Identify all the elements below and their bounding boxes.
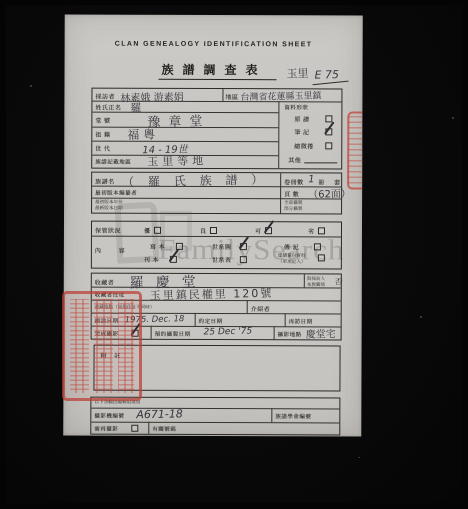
content-option-label: 世系表 (212, 255, 232, 264)
address-value: 玉里鎮民權里 120號 (150, 285, 274, 304)
full-film-label: 全部攝製 (284, 200, 302, 206)
revisit-label: 再訪日期 (289, 317, 313, 325)
relation-label: 本族關係 (307, 282, 325, 288)
compiler-label: 最初版本編纂者 (95, 189, 137, 197)
volumes-value: 1 (308, 174, 315, 185)
hall-label: 堂 號 (95, 116, 110, 125)
relation-label: 與採訪人 (307, 276, 325, 282)
content-option-label: 世系圖 (212, 242, 232, 251)
refilm-checkbox (131, 425, 138, 432)
surname-value: 羅 (130, 100, 141, 116)
material-other-line (304, 162, 337, 163)
red-seal-left (62, 291, 142, 401)
related-number-label: 有關號碼 (152, 425, 176, 433)
genealogy-title-value: （ 羅 氏 族 譜 ） (122, 170, 268, 190)
coverage-label: 族譜記載地區 (95, 158, 131, 166)
first-edition-label: 最初版本年份 (95, 200, 123, 206)
material-option-label: 筆 記 (294, 127, 309, 136)
schedule-label: 預約攝製日期 (155, 330, 191, 338)
keep-option-checkbox (154, 227, 161, 234)
condition-table: 保管狀況 優 良 可 劣 內 容 寫 本 刊 本 世系圖 世系表 傳 記 連續輩… (91, 221, 342, 270)
coverage-value: 玉里等地 (147, 152, 207, 169)
content-option-label: 刊 本 (144, 255, 159, 264)
content-option-note: （單項記入） (278, 259, 306, 265)
film-speck (420, 316, 422, 318)
content-option-checkbox (170, 256, 177, 263)
schedule-value: 25 Dec '75 (204, 327, 253, 338)
keep-label: 保管狀況 (95, 226, 121, 235)
relation-value: 否 (335, 276, 343, 287)
hall-value: 豫章堂 (147, 110, 210, 130)
film-background: FamilySearch CLAN GENEALOGY IDENTIFICATI… (6, 5, 462, 503)
office-use-table: 以下各欄由編輯組填寫 攝影機編號 A671-18 族譜學會編號 需再攝影 有關號… (90, 397, 340, 436)
pages-value: （62面） (308, 185, 351, 201)
keep-option-label: 良 (200, 226, 207, 235)
camera-number-label: 攝影機編號 (94, 412, 124, 420)
title-underline (159, 79, 277, 80)
introducer-label: 介紹者 (251, 304, 271, 313)
photo-place-value: 慶堂宅 (305, 325, 335, 341)
microfilm-scan: { "colors": { "background": "#040404", "… (0, 0, 468, 509)
keep-option-label: 劣 (308, 226, 315, 235)
film-speck (30, 85, 32, 87)
area-label: 地區 (225, 92, 238, 101)
generations-label: 世 代 (95, 144, 110, 153)
origin-label: 祖 籍 (95, 130, 110, 139)
interviewer-label: 採訪者 (95, 92, 115, 101)
content-option-label: 傳 記 (284, 242, 299, 251)
content-option-checkbox (240, 243, 247, 250)
photo-place-label: 攝影地點 (278, 330, 302, 338)
pages-label: 頁 數 (284, 189, 299, 198)
film-speck (358, 457, 360, 458)
content-option-label: 寫 本 (150, 242, 165, 251)
material-option-checkbox (325, 142, 332, 149)
annotation-place: 玉里 (286, 65, 308, 81)
keep-option-checkbox (265, 227, 272, 234)
genealogy-info-table: 族譜名 （ 羅 氏 族 譜 ） 卷冊數 1 冊 套 最初版本編纂者 頁 數 （6… (91, 172, 342, 215)
area-value: 台灣省花蓮縣玉里鎮 (240, 88, 321, 103)
red-seal-right (347, 111, 363, 189)
keep-option-label: 可 (255, 226, 262, 235)
camera-number-value: A671-18 (136, 407, 183, 421)
material-header: 資料形狀 (284, 103, 308, 111)
part-film-label: 部分攝製 (284, 206, 302, 212)
content-option-checkbox (314, 243, 321, 250)
sheet-title-chinese: 族譜調查表 (162, 61, 267, 78)
basic-info-table: 採訪者 林素娥 游素娟 地區 台灣省花蓮縣玉里鎮 姓氏正名 羅 堂 號 豫章堂 … (91, 88, 342, 170)
content-option-checkbox (240, 256, 247, 263)
holder-label: 收藏者 (95, 278, 115, 287)
annotation-code: E 75 (314, 68, 339, 82)
keep-option-checkbox (210, 227, 217, 234)
surname-label: 姓氏正名 (95, 103, 121, 112)
refilm-label: 需再攝影 (94, 425, 118, 433)
content-option-checkbox (318, 254, 325, 261)
content-label: 內 容 (95, 246, 133, 255)
appointment-label: 約定日期 (199, 317, 223, 325)
material-option-label: 縮微捲 (294, 141, 314, 150)
material-option-label: 其他 (288, 155, 301, 164)
sheet-title-english: CLAN GENEALOGY IDENTIFICATION SHEET (65, 40, 363, 48)
latest-edition-label: 最新版本日期 (95, 206, 123, 212)
genealogy-title-label: 族譜名 (95, 177, 115, 186)
film-speck (452, 117, 454, 119)
material-option-label: 原 譜 (294, 114, 309, 123)
material-option-checkbox (325, 128, 332, 135)
society-number-label: 族譜學會編號 (275, 412, 311, 420)
seal-script-pattern (70, 299, 134, 393)
volumes-label: 卷冊數 (284, 177, 304, 186)
keep-option-checkbox (318, 227, 325, 234)
keep-option-label: 優 (144, 226, 151, 235)
content-option-label: 連續輩份資料 (278, 253, 306, 259)
